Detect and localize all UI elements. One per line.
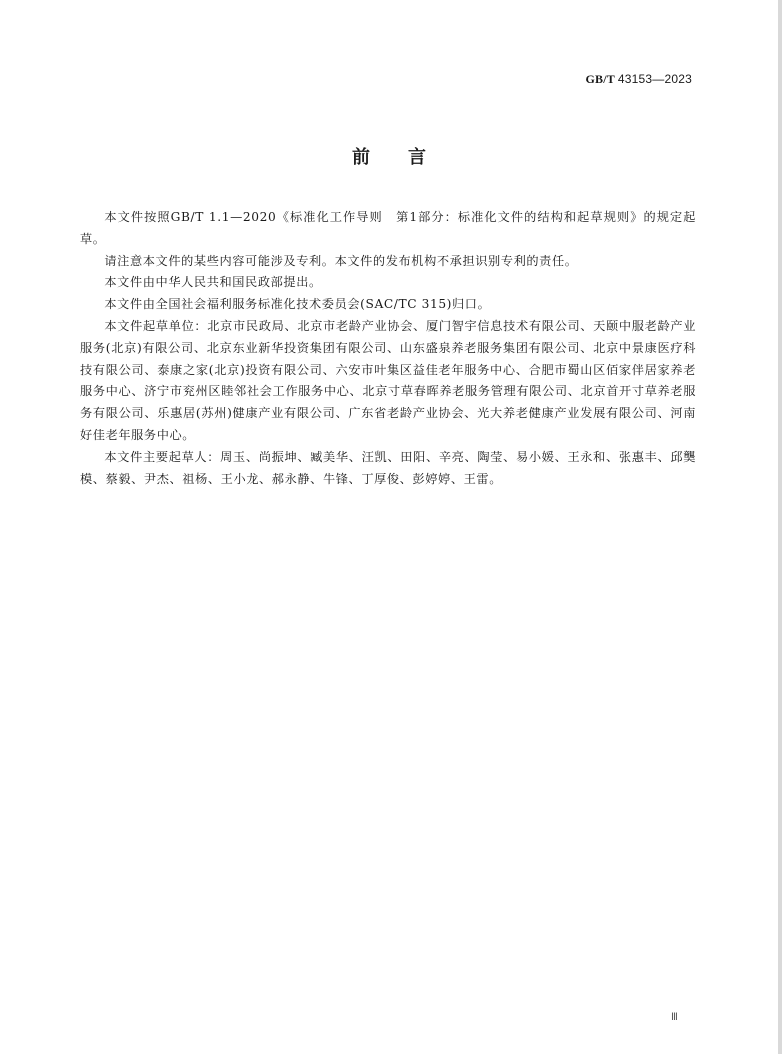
paragraph-technical-committee: 本文件由全国社会福利服务标准化技术委员会(SAC/TC 315)归口。 [80, 294, 696, 316]
paragraph-patent-notice: 请注意本文件的某些内容可能涉及专利。本文件的发布机构不承担识别专利的责任。 [80, 251, 696, 273]
paragraph-drafting-organizations: 本文件起草单位：北京市民政局、北京市老龄产业协会、厦门智宇信息技术有限公司、天颐… [80, 316, 696, 447]
document-page: GB/T 43153—2023 前言 本文件按照GB/T 1.1—2020《标准… [0, 0, 778, 1054]
paragraph-proposer: 本文件由中华人民共和国民政部提出。 [80, 272, 696, 294]
foreword-body: 本文件按照GB/T 1.1—2020《标准化工作导则 第1部分：标准化文件的结构… [80, 207, 696, 490]
standard-number: 43153—2023 [618, 72, 692, 86]
page-edge-divider [778, 0, 782, 1054]
title-char-1: 前 [352, 143, 370, 169]
standard-prefix: GB/T [585, 72, 614, 86]
title-char-2: 言 [408, 143, 426, 169]
page-number: Ⅲ [671, 1012, 678, 1023]
paragraph-drafters: 本文件主要起草人：周玉、尚振坤、臧美华、汪凯、田阳、辛亮、陶莹、易小媛、王永和、… [80, 447, 696, 491]
paragraph-drafting-rules: 本文件按照GB/T 1.1—2020《标准化工作导则 第1部分：标准化文件的结构… [80, 207, 696, 251]
standard-code: GB/T 43153—2023 [585, 72, 692, 87]
page-title: 前言 [0, 143, 778, 169]
